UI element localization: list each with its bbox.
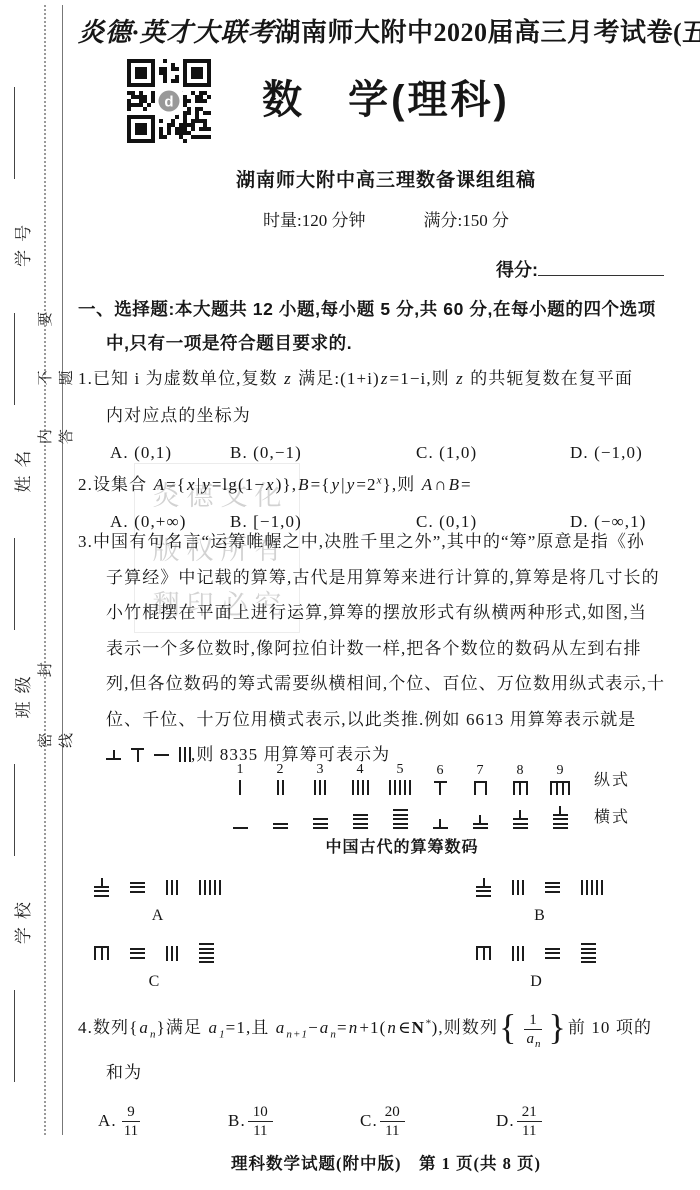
rod-horizontals — [433, 827, 448, 829]
rod-bar — [353, 818, 368, 820]
rod-vertical-8 — [513, 781, 528, 795]
rod-vertical-4 — [352, 780, 369, 795]
seal-field-label: 班级 — [9, 668, 34, 726]
fraction: 911 — [119, 1103, 143, 1140]
rod-bar — [513, 823, 528, 825]
rod-horizontal-4 — [353, 814, 368, 830]
rod-vertical-7 — [474, 781, 487, 795]
rod-bar — [130, 957, 145, 959]
seal-field-blank — [14, 313, 28, 405]
rod-numeral-chart: 123456789 纵式 横式 中国古代的算筹数码 — [226, 763, 694, 857]
rod-horizontal-3 — [313, 818, 328, 829]
math-i: x — [186, 475, 197, 494]
rod-chart-number: 9 — [557, 764, 564, 778]
rod-bar — [94, 948, 96, 960]
rod-bar — [199, 943, 214, 945]
option-b: B. 1011 — [228, 1098, 275, 1144]
rod-bar — [526, 783, 528, 795]
full-score-label: 满分:150 分 — [424, 211, 509, 230]
question-3-options-ab: A B — [78, 872, 694, 934]
exam-title-rest: 湖南师大附中2020届高三月考试卷(五) — [275, 18, 700, 47]
rod-bar — [473, 823, 488, 825]
rod-chart-cell-5 — [386, 809, 414, 829]
seal-field-blank — [14, 990, 28, 1082]
seal-field-blank — [14, 539, 28, 631]
rod-bar — [479, 815, 481, 823]
rod-bar — [273, 823, 288, 825]
rod-option-label: B — [534, 907, 545, 925]
rod-horizontal-5 — [581, 943, 596, 963]
rod-bar — [113, 750, 115, 758]
math-i: z — [283, 369, 293, 388]
rod-bar — [439, 783, 441, 795]
fraction-denominator: 11 — [517, 1122, 541, 1140]
rod-bar — [512, 946, 514, 961]
seal-field-label: 学校 — [9, 894, 34, 952]
rod-bar — [517, 946, 519, 961]
rod-bar — [273, 827, 288, 829]
rod-bar — [353, 814, 368, 816]
rod-bar — [581, 880, 583, 895]
math-i: x — [265, 475, 276, 494]
rod-bar — [393, 818, 408, 820]
rod-chart-cell-9: 9 — [546, 764, 574, 795]
rod-bar — [189, 747, 191, 762]
rod-horizontals — [106, 758, 121, 760]
rod-bar — [517, 880, 519, 895]
rod-chart-cell-4: 4 — [346, 763, 374, 795]
rod-bar — [362, 780, 364, 795]
question-line: 和为 — [78, 1058, 694, 1088]
question-line: 小竹棍摆在平面上进行运算,算筹的摆放形式有纵横两种形式,如图,当 — [78, 595, 694, 631]
rod-bar — [545, 952, 560, 954]
rod-chart-number: 6 — [437, 764, 444, 778]
duration-score-row: 时量:120 分钟满分:150 分 — [78, 206, 694, 231]
rod-bar — [519, 783, 521, 795]
rod-vertical-3 — [166, 880, 178, 895]
rod-vertical-3 — [166, 946, 178, 961]
rod-bar — [199, 948, 214, 950]
rod-bar — [209, 880, 211, 895]
question-line: 1.已知 i 为虚数单位,复数 z 满足:(1+i)z=1−i,则 z 的共轭复… — [78, 360, 694, 397]
question-4: 4.数列{an}满足 a1=1,且 an+1−an=n+1(n∈N*),则数列{… — [78, 1002, 694, 1144]
seal-field-blank — [14, 764, 28, 856]
fraction-denominator: 11 — [248, 1122, 272, 1140]
rod-bar — [473, 827, 488, 829]
rod-bar — [357, 780, 359, 795]
math-i: y — [201, 475, 212, 494]
score-field: 得分: — [496, 256, 700, 282]
rod-group — [476, 938, 596, 968]
horizontal-form-cells — [226, 806, 578, 830]
rod-group — [94, 872, 221, 902]
rod-chart-cell-7: 7 — [466, 764, 494, 795]
rod-horizontal-7 — [473, 815, 488, 830]
rod-bar — [474, 783, 476, 795]
rod-bar — [219, 880, 221, 895]
rod-bar — [522, 880, 524, 895]
exam-series-brand: 炎德·英才大联考 — [78, 18, 275, 47]
rod-chart-cell-9 — [546, 806, 574, 830]
rod-option-label: D — [530, 973, 542, 991]
rod-group — [476, 872, 603, 902]
rod-bar — [393, 809, 408, 811]
fraction: 2011 — [380, 1103, 405, 1140]
rod-horizontals — [513, 818, 528, 829]
math-sup: x — [377, 474, 383, 486]
horizontal-form-label: 横式 — [594, 804, 630, 829]
rod-bar — [106, 758, 121, 760]
math-sub: n+1 — [286, 1028, 308, 1040]
rod-bar — [591, 880, 593, 895]
math-b: N — [412, 1018, 425, 1037]
rod-bar — [239, 780, 241, 795]
rod-verticals — [474, 783, 487, 795]
rod-bar — [439, 819, 441, 827]
rod-bar — [568, 783, 570, 795]
rod-horizontal-6 — [106, 750, 121, 760]
rod-horizontals — [473, 823, 488, 830]
rod-bar — [581, 957, 596, 959]
main-content: 炎德·英才大联考湖南师大附中2020届高三月考试卷(五) d 数 学(理科) 湖… — [78, 0, 694, 1190]
rod-chart-cell-1: 1 — [226, 763, 254, 795]
question-1: 1.已知 i 为虚数单位,复数 z 满足:(1+i)z=1−i,则 z 的共轭复… — [78, 360, 694, 471]
fraction: 2111 — [517, 1103, 542, 1140]
question-4-options: A. 911 B. 1011 C. 2011 D. 2111 — [78, 1098, 694, 1144]
rod-horizontals — [94, 886, 109, 897]
math-i: a — [525, 1031, 535, 1047]
rod-bar — [199, 957, 214, 959]
rod-horizontals — [553, 814, 568, 830]
rod-chart-number: 2 — [277, 763, 284, 777]
rod-bar — [476, 895, 491, 897]
rod-vertical-5 — [389, 780, 411, 795]
rod-option-label: C — [149, 973, 160, 991]
rod-bar — [324, 780, 326, 795]
section-heading-line2: 中,只有一项是符合题目要求的. — [78, 326, 694, 360]
rod-chart-cell-2 — [266, 823, 294, 830]
rod-chart-number: 5 — [397, 763, 404, 777]
rod-bar — [94, 890, 109, 892]
rod-chart-caption: 中国古代的算筹数码 — [226, 834, 578, 857]
rod-bar — [581, 961, 596, 963]
rod-bar — [409, 780, 411, 795]
rod-bar — [513, 783, 515, 795]
rod-bar — [581, 948, 596, 950]
rod-chart-cell-1 — [226, 827, 254, 829]
rod-bar — [130, 948, 145, 950]
question-line: 2.设集合 A={x|y=lg(1−x)},B={y|y=2x},则 A∩B= — [78, 466, 694, 503]
rod-bar — [559, 806, 561, 814]
rod-chart-cell-8: 8 — [506, 764, 534, 795]
rod-chart-number: 3 — [317, 763, 324, 777]
rod-vertical-3 — [314, 780, 326, 795]
math-i: n — [386, 1018, 398, 1037]
rod-bar — [277, 780, 279, 795]
rod-chart-vertical-row: 123456789 纵式 — [226, 763, 694, 795]
rod-bar — [433, 827, 448, 829]
rod-bar — [393, 814, 408, 816]
rod-bar — [485, 783, 487, 795]
rod-chart-cell-3: 3 — [306, 763, 334, 795]
rod-option-label: A — [152, 907, 164, 925]
rod-vertical-1 — [239, 780, 241, 795]
score-label: 得分: — [496, 260, 538, 280]
rod-bar — [101, 878, 103, 886]
rod-bar — [154, 754, 169, 756]
rod-horizontal-9 — [553, 806, 568, 830]
rod-vertical-2 — [277, 780, 284, 795]
math-i: B — [448, 475, 461, 494]
fraction: 1011 — [248, 1103, 273, 1140]
rod-bar — [562, 783, 564, 795]
rod-verticals — [513, 783, 528, 795]
rod-horizontal-2 — [273, 823, 288, 830]
rod-bar — [553, 814, 568, 816]
math-i: A — [421, 475, 434, 494]
seal-student-fields: 学校班级姓名学号 — [4, 87, 38, 1082]
math-i: n — [348, 1018, 360, 1037]
math-i: z — [455, 369, 465, 388]
rod-bar — [513, 827, 528, 829]
rod-vertical-6 — [434, 781, 447, 795]
fraction-numerator: 20 — [380, 1103, 405, 1122]
rod-bar — [130, 952, 145, 954]
question-line: 3.中国有句名言“运筹帷幄之中,决胜千里之外”,其中的“筹”原意是指《孙 — [78, 524, 694, 560]
rod-bar — [550, 783, 552, 795]
rod-bar — [483, 948, 485, 960]
rod-bar — [214, 880, 216, 895]
rod-bar — [314, 780, 316, 795]
rod-vertical-9 — [550, 781, 570, 795]
rod-bar — [553, 818, 568, 820]
rod-bar — [519, 810, 521, 818]
rod-bar — [130, 886, 145, 888]
math-i: y — [346, 475, 357, 494]
rod-bar — [199, 952, 214, 954]
rod-vertical-3 — [512, 880, 524, 895]
rod-chart-number: 1 — [237, 763, 244, 777]
rod-bar — [545, 891, 560, 893]
page-footer: 理科数学试题(附中版) 第 1 页(共 8 页) — [78, 1150, 694, 1174]
rod-bar — [522, 946, 524, 961]
rod-chart-cell-4 — [346, 814, 374, 830]
rod-bar — [581, 952, 596, 954]
rod-horizontal-5 — [199, 943, 214, 963]
rod-horizontal-5 — [393, 809, 408, 829]
rod-bar — [581, 943, 596, 945]
rod-bar — [393, 827, 408, 829]
rod-bar — [553, 823, 568, 825]
option-d: D. 2111 — [496, 1098, 544, 1144]
section-heading-line1: 一、选择题:本大题共 12 小题,每小题 5 分,共 60 分,在每小题的四个选… — [78, 292, 694, 326]
math-sub: n — [330, 1028, 337, 1040]
rod-bar — [233, 827, 248, 829]
math-sub: n — [535, 1038, 541, 1050]
rod-bar — [545, 957, 560, 959]
rod-group — [94, 938, 214, 968]
rod-bar — [389, 780, 391, 795]
fraction-denominator: 11 — [380, 1122, 404, 1140]
score-blank — [538, 261, 664, 276]
rod-horizontal-3 — [130, 948, 145, 959]
rod-chart-cell-6: 6 — [426, 764, 454, 795]
rod-bar — [476, 890, 491, 892]
rod-vertical-5 — [199, 880, 221, 895]
rod-bar — [483, 878, 485, 886]
rod-bar — [476, 948, 478, 960]
rod-bar — [184, 747, 186, 762]
rod-horizontals — [476, 886, 491, 897]
rod-bar — [319, 780, 321, 795]
rod-chart-cell-5: 5 — [386, 763, 414, 795]
rod-horizontal-3 — [130, 882, 145, 893]
rod-verticals — [434, 783, 447, 795]
rod-chart-number: 8 — [517, 764, 524, 778]
rod-bar — [553, 827, 568, 829]
fraction: 1an — [520, 1011, 545, 1048]
math-i: a — [319, 1018, 331, 1037]
subject-title: 数 学(理科) — [78, 68, 694, 125]
rod-bar — [107, 948, 109, 960]
rod-vertical-3 — [512, 946, 524, 961]
rod-verticals — [94, 948, 109, 960]
rod-bar — [512, 880, 514, 895]
math-i: a — [275, 1018, 287, 1037]
seal-phrase-no-answer: 内 不 要 答 题 — [34, 243, 76, 444]
question-3: 3.中国有句名言“运筹帷幄之中,决胜千里之外”,其中的“筹”原意是指《孙 子算经… — [78, 524, 694, 773]
option-a: A. 911 — [98, 1098, 145, 1144]
rod-bar — [513, 818, 528, 820]
option-c: C. 2011 — [360, 1098, 407, 1144]
rod-bar — [176, 946, 178, 961]
rod-verticals — [131, 750, 144, 762]
rod-bar — [596, 880, 598, 895]
rod-bar — [353, 823, 368, 825]
rod-bar — [101, 948, 103, 960]
rod-bar — [601, 880, 603, 895]
rod-bar — [545, 948, 560, 950]
rod-bar — [313, 823, 328, 825]
seal-field-label: 姓名 — [9, 443, 34, 501]
rod-bar — [399, 780, 401, 795]
exam-title: 炎德·英才大联考湖南师大附中2020届高三月考试卷(五) — [78, 12, 694, 49]
rod-horizontal-3 — [545, 882, 560, 893]
rod-chart-cell-6 — [426, 819, 454, 829]
math-sub: n — [150, 1028, 157, 1040]
rod-vertical-8 — [94, 946, 109, 960]
rod-horizontal-8 — [513, 810, 528, 829]
rod-chart-cell-3 — [306, 818, 334, 829]
question-line: 列,但各位数码的筹式需要纵横相间,个位、百位、万位数用纵式表示,十 — [78, 666, 694, 702]
rod-bar — [556, 783, 558, 795]
rod-horizontal-8 — [476, 878, 491, 897]
seal-warning-text: 密 封 线 内 不 要 答 题 — [45, 243, 64, 748]
math-i: a — [207, 1018, 219, 1037]
rod-chart-number: 4 — [357, 763, 364, 777]
rod-bar — [545, 882, 560, 884]
rod-bar — [313, 818, 328, 820]
seal-field-label: 学号 — [9, 217, 34, 275]
exam-paper-page: 学校班级姓名学号 密 封 线 内 不 要 答 题 炎德文化 版权所有 翻印必究 … — [0, 0, 700, 1190]
rod-horizontal-3 — [545, 948, 560, 959]
rod-bar — [476, 886, 491, 888]
math-sub: 1 — [219, 1028, 226, 1040]
rod-bar — [94, 895, 109, 897]
section-heading: 一、选择题:本大题共 12 小题,每小题 5 分,共 60 分,在每小题的四个选… — [78, 292, 694, 360]
rod-chart-cell-2: 2 — [266, 763, 294, 795]
rod-bar — [352, 780, 354, 795]
fraction-numerator: 1 — [524, 1011, 542, 1030]
rod-bar — [489, 948, 491, 960]
rod-option-c: C — [94, 938, 214, 991]
rod-bar — [199, 880, 201, 895]
rod-bar — [171, 946, 173, 961]
fraction-denominator: an — [520, 1030, 545, 1048]
rod-horizontal-1 — [154, 754, 169, 756]
rod-vertical-5 — [581, 880, 603, 895]
rod-bar — [367, 780, 369, 795]
vertical-form-label: 纵式 — [594, 767, 630, 792]
rod-vertical-3 — [179, 747, 191, 762]
rod-verticals — [550, 783, 570, 795]
seal-field-blank — [14, 87, 28, 179]
math-i: A — [153, 475, 166, 494]
rod-bar — [176, 880, 178, 895]
rod-horizontal-6 — [433, 819, 448, 829]
fraction-denominator: 11 — [119, 1122, 143, 1140]
rod-bar — [166, 880, 168, 895]
question-line: 位、千位、十万位用横式表示,以此类推.例如 6613 用算筹表示就是 — [78, 702, 694, 738]
question-3-options-cd: C D — [78, 938, 694, 1000]
fraction-numerator: 10 — [248, 1103, 273, 1122]
rod-chart-cell-8 — [506, 810, 534, 829]
rod-bar — [545, 886, 560, 888]
rod-chart-number: 7 — [477, 764, 484, 778]
fraction-numerator: 21 — [517, 1103, 542, 1122]
rod-horizontal-8 — [94, 878, 109, 897]
math-i: y — [331, 475, 342, 494]
question-line: 子算经》中记载的算筹,古代是用算筹来进行计算的,算筹是将几寸长的 — [78, 560, 694, 596]
rod-bar — [586, 880, 588, 895]
rod-bar — [179, 747, 181, 762]
rod-bar — [171, 880, 173, 895]
question-line: 表示一个多位数时,像阿拉伯计数一样,把各个数位的数码从左到右排 — [78, 631, 694, 667]
rod-vertical-8 — [476, 946, 491, 960]
rod-bar — [282, 780, 284, 795]
rod-bar — [353, 827, 368, 829]
rod-option-b: B — [476, 872, 603, 925]
rod-verticals — [476, 948, 491, 960]
rod-bar — [393, 823, 408, 825]
seal-phrase-mifengxian: 密 封 线 — [34, 612, 76, 748]
math-i: B — [297, 475, 310, 494]
rod-horizontal-1 — [233, 827, 248, 829]
rod-chart-horizontal-row: 横式 — [226, 804, 694, 829]
rod-bar — [166, 946, 168, 961]
rod-vertical-6 — [131, 748, 144, 762]
rod-bar — [313, 827, 328, 829]
question-line: 4.数列{an}满足 a1=1,且 an+1−an=n+1(n∈N*),则数列{… — [78, 1002, 694, 1054]
question-line: 内对应点的坐标为 — [78, 397, 694, 434]
rod-bar — [204, 880, 206, 895]
math-i: a — [138, 1018, 150, 1037]
prepared-by: 湖南师大附中高三理数备课组组稿 — [78, 165, 694, 192]
math-i: z — [380, 369, 390, 388]
math-big: } — [548, 1007, 566, 1047]
rod-option-a: A — [94, 872, 221, 925]
rod-bar — [404, 780, 406, 795]
